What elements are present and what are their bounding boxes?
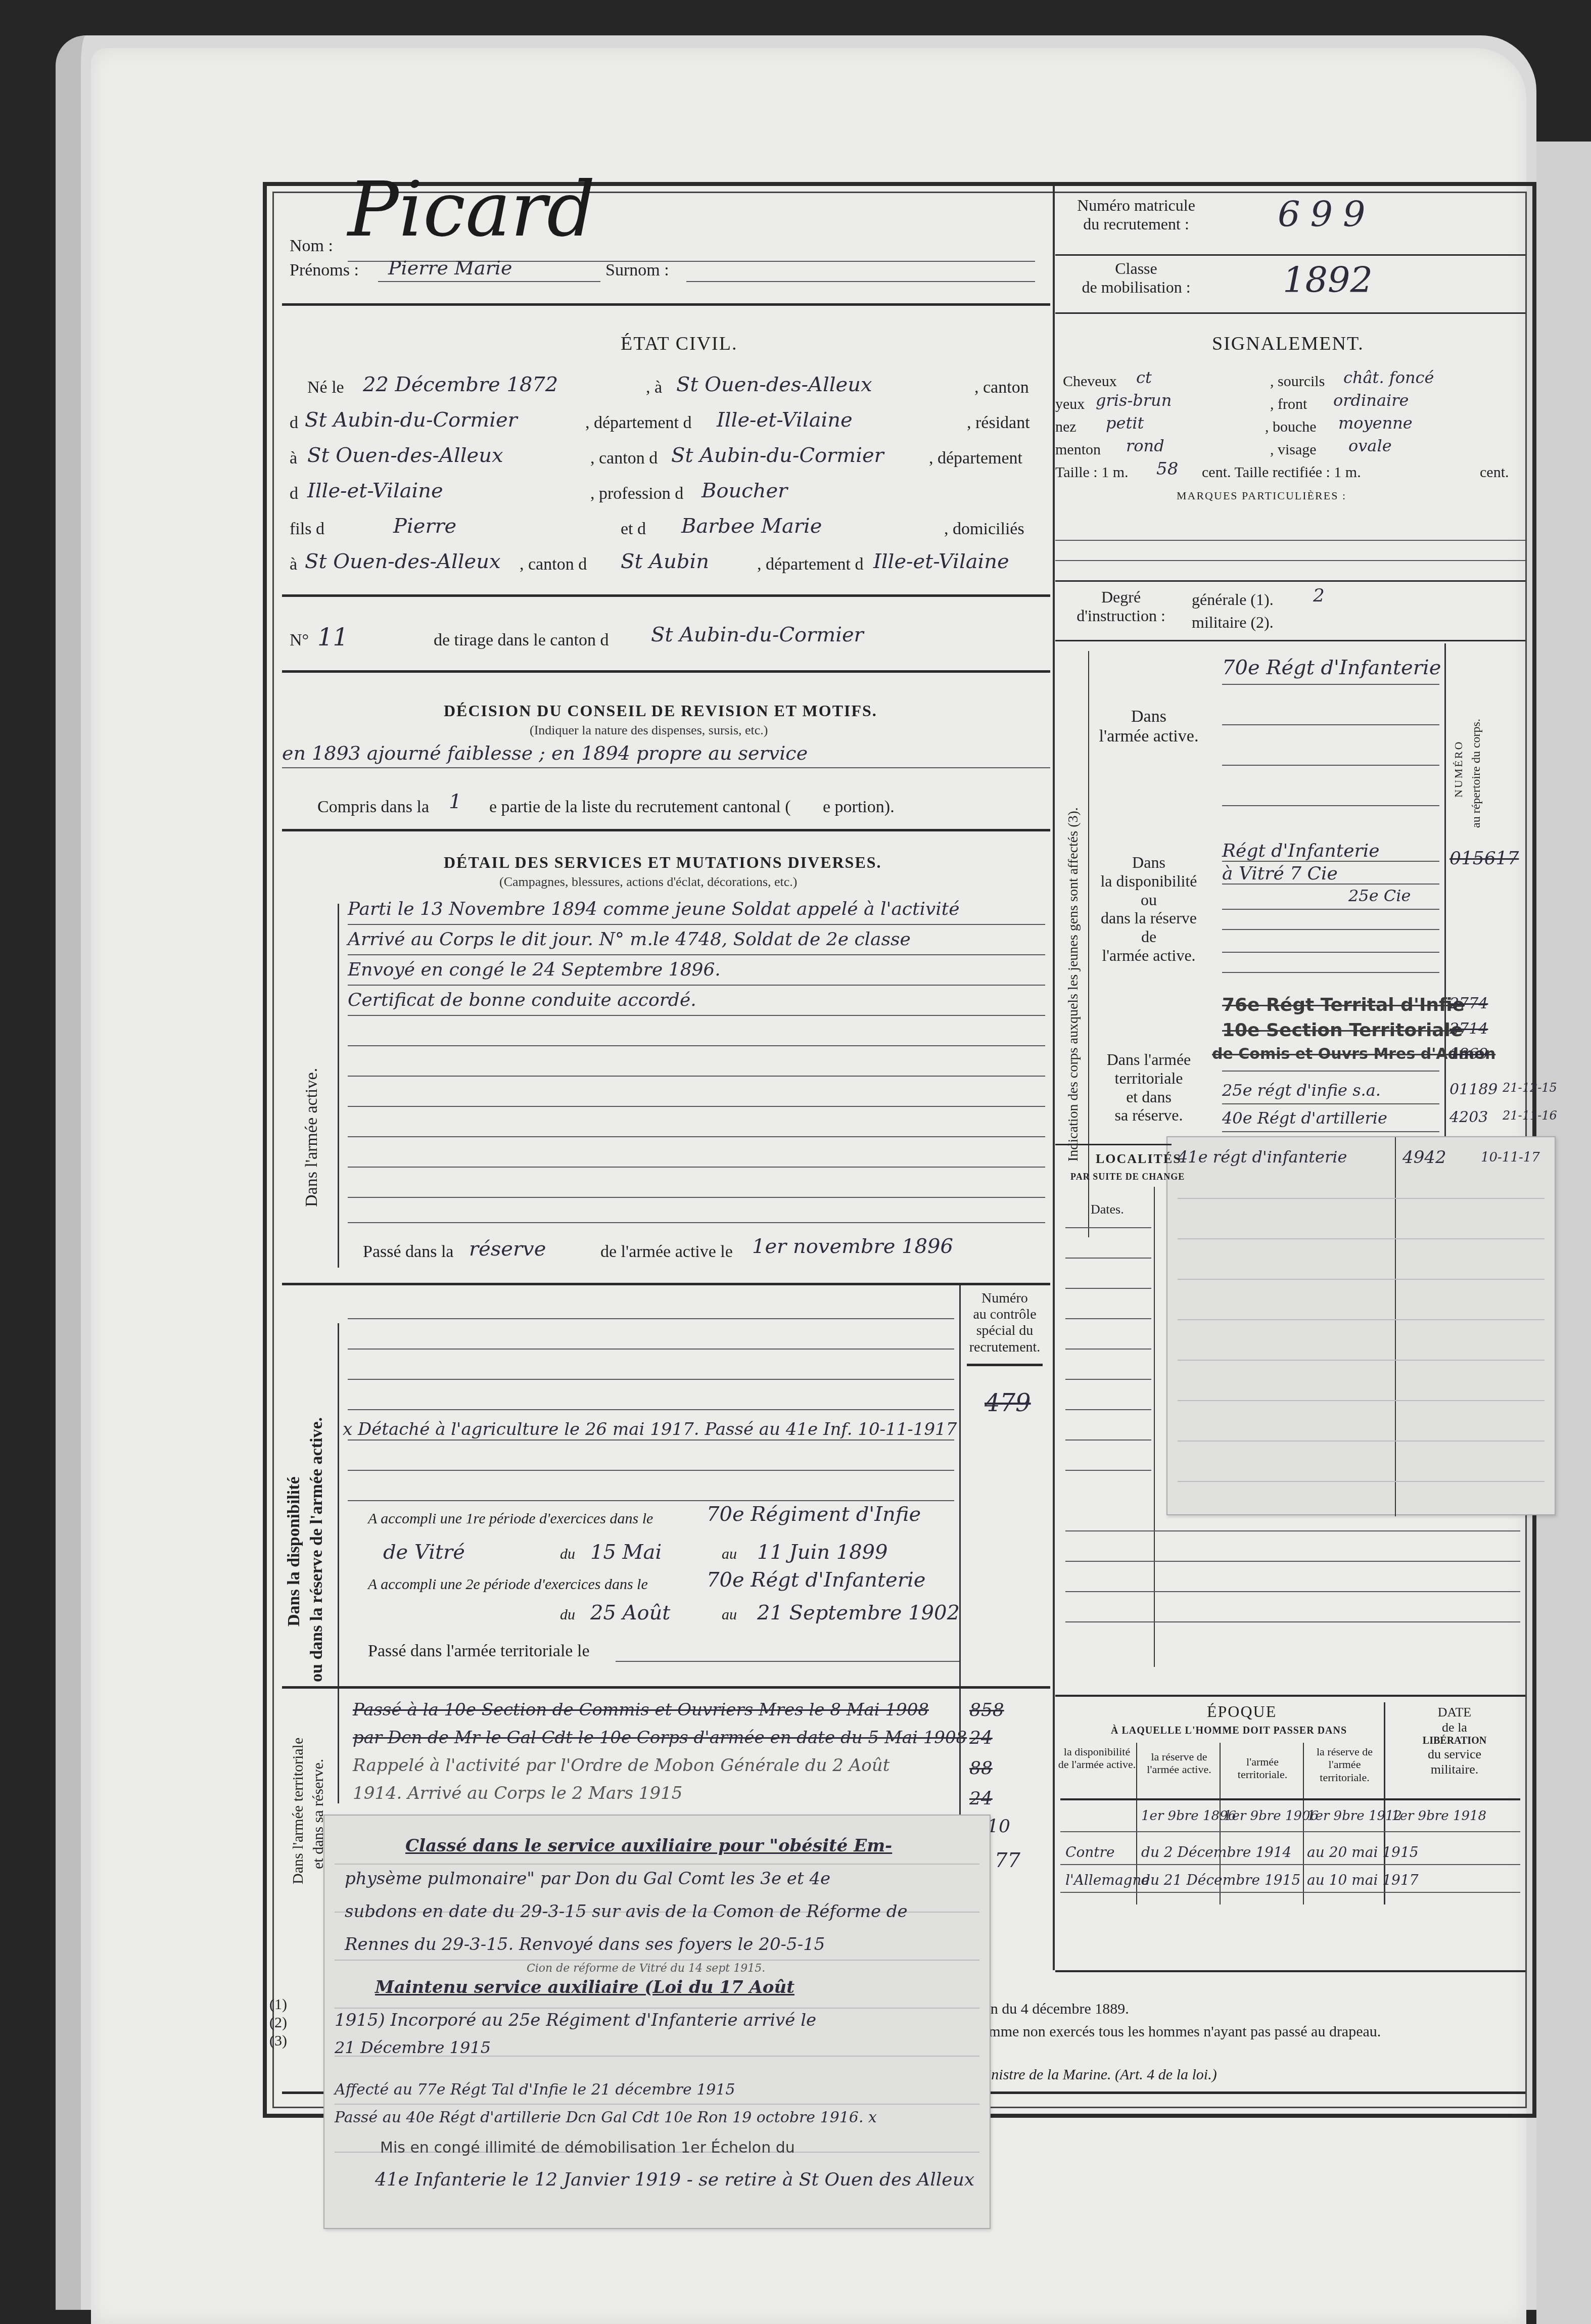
departement2-value: Ille-et-Vilaine <box>307 479 443 502</box>
signalement-title: SIGNALEMENT. <box>1212 333 1364 355</box>
divider <box>282 829 1050 831</box>
prenoms-value: Pierre Marie <box>388 257 512 279</box>
corps-terr-label: Dans l'armée territoriale et dans sa rés… <box>1091 1050 1207 1125</box>
rule <box>1222 765 1439 766</box>
slip-annotation: Cion de réforme de Vitré du 14 sept 1915… <box>527 1962 765 1975</box>
compris-label-3: e portion). <box>823 798 895 817</box>
epoque-col-divider <box>1303 1743 1304 1904</box>
epoque-cell: 1er 9bre 1896 <box>1141 1808 1236 1824</box>
footnote-1: tion du 4 décembre 1889. <box>974 2001 1129 2018</box>
passe-label: Passé dans la <box>363 1242 453 1262</box>
footnote-markers: (1) (2) (3) <box>269 1995 287 2050</box>
slip-line: Rennes du 29-3-15. Renvoyé dans ses foye… <box>345 1934 825 1955</box>
corps-dispo-label: Dans la disponibilité ou dans la réserve… <box>1091 853 1207 965</box>
departement-label: , département d <box>585 413 692 433</box>
margin-number: 24 <box>969 1728 993 1748</box>
ne-le-label: Né le <box>307 378 344 397</box>
classe-label: Classe de mobilisation : <box>1060 259 1212 297</box>
epoque-title: ÉPOQUE <box>1207 1702 1277 1721</box>
canton3-value: St Aubin <box>621 550 709 573</box>
dept3-label: , département d <box>757 555 864 574</box>
numero-header-line: spécial du <box>964 1323 1045 1339</box>
cheveux-label: Cheveux <box>1063 373 1117 390</box>
a3-label: à <box>290 555 297 574</box>
localites-divider <box>1154 1187 1155 1667</box>
nez-label: nez <box>1055 419 1077 436</box>
matricule-value: 699 <box>1278 194 1376 235</box>
corps-entry-date: 10-11-17 <box>1481 1150 1540 1165</box>
residant-label: , résidant <box>967 413 1030 433</box>
rule <box>1060 1864 1520 1865</box>
tirage-canton-value: St Aubin-du-Cormier <box>651 623 864 646</box>
corps-active-label-line: l'armée active. <box>1091 726 1207 746</box>
profession-label: , profession d <box>590 484 683 503</box>
au-label: au <box>722 1546 737 1563</box>
margin-number: 858 <box>969 1700 1004 1721</box>
territoriale-bracket <box>338 1712 339 1803</box>
disponibilite-side-label-2: ou dans la réserve de l'armée active. <box>307 1417 326 1682</box>
instruction-label-line: d'instruction : <box>1065 607 1177 625</box>
slip-line: Affecté au 77e Régt Tal d'Infie le 21 dé… <box>335 2081 735 2099</box>
rule <box>1065 1409 1151 1410</box>
au2-label: au <box>722 1606 737 1623</box>
divider <box>1055 580 1525 582</box>
matricule-label-line: Numéro matricule <box>1060 196 1212 215</box>
rule <box>1222 1071 1439 1072</box>
rule <box>348 1106 1045 1107</box>
epoque-cell: 1er 9bre 1912 <box>1307 1808 1402 1824</box>
corps-entry-date: 21-12-15 <box>1503 1081 1557 1095</box>
classe-label-line: de mobilisation : <box>1060 278 1212 297</box>
corps-entry-numero: 4942 <box>1402 1147 1446 1168</box>
canton-naissance: St Aubin-du-Cormier <box>305 408 518 432</box>
corps-terr-label-line: et dans <box>1091 1088 1207 1106</box>
rule <box>1065 1470 1151 1471</box>
numero-header-rule <box>967 1364 1043 1366</box>
periode2-label: A accompli une 2e période d'exercices da… <box>368 1576 648 1593</box>
corps-active-label-line: Dans <box>1091 707 1207 726</box>
rule <box>1222 972 1439 973</box>
tirage-no-value: 11 <box>317 623 348 652</box>
disponibilite-side-label-1: Dans la disponibilité <box>285 1476 304 1626</box>
services-subtitle: (Campagnes, blessures, actions d'éclat, … <box>499 874 797 890</box>
rule <box>348 1409 954 1410</box>
corps-terr-numero: 2714 <box>1449 1020 1488 1038</box>
rule <box>1055 560 1525 561</box>
corps-dispo-value-1: Régt d'Infanterie <box>1222 841 1379 861</box>
column-divider <box>1053 186 1055 1970</box>
instruction-label-line: Degré <box>1065 588 1177 607</box>
footnote-marker: (2) <box>269 2014 287 2032</box>
rule <box>348 1197 1045 1198</box>
rule <box>348 985 1045 986</box>
services-side-label: Dans l'armée active. <box>302 1068 321 1207</box>
domicile-value: St Ouen-des-Alleux <box>305 550 500 573</box>
rule <box>1222 1131 1439 1132</box>
taille-rectifiee-label: cent. Taille rectifiée : 1 m. <box>1202 464 1361 481</box>
rule <box>1065 1561 1520 1562</box>
visage-label: , visage <box>1270 441 1317 458</box>
date-header-line: LIBÉRATION <box>1386 1735 1523 1747</box>
services-line: Envoyé en congé le 24 Septembre 1896. <box>348 959 721 980</box>
slip-line: 21 Décembre 1915 <box>335 2038 491 2057</box>
numero-header-line: recrutement. <box>964 1339 1045 1356</box>
nom-label: Nom : <box>290 237 333 256</box>
rule <box>348 1500 954 1501</box>
date-header-line: de la <box>1386 1720 1523 1735</box>
divider <box>282 594 1050 597</box>
footnote-marker: (1) <box>269 1995 287 2014</box>
rule <box>1222 952 1439 953</box>
rule <box>1060 1831 1520 1832</box>
corps-entry-name: 41e régt d'infanterie <box>1178 1147 1347 1167</box>
mere-value: Barbee Marie <box>681 515 822 538</box>
passe-value: réserve <box>469 1237 546 1261</box>
epoque-cell: au 10 mai 1917 <box>1307 1872 1419 1888</box>
territoriale-passe-label: Passé dans l'armée territoriale le <box>368 1642 590 1661</box>
slip-line: Passé au 40e Régt d'artillerie Dcn Gal C… <box>335 2109 877 2126</box>
nez-value: petit <box>1106 413 1144 433</box>
menton-value: rond <box>1126 436 1164 455</box>
corps-dispo-label-line: Dans <box>1091 853 1207 872</box>
epoque-col-territoriale: l'armée territoriale. <box>1222 1755 1303 1781</box>
rule <box>1222 805 1439 806</box>
slip-line: Maintenu service auxiliaire (Loi du 17 A… <box>375 1977 794 1997</box>
taille-rectifiee-cent: cent. <box>1480 464 1509 481</box>
corps-terr-label-line: Dans l'armée <box>1091 1050 1207 1069</box>
rule <box>348 1045 1045 1046</box>
footnote-2: comme non exercés tous les hommes n'ayan… <box>974 2023 1381 2040</box>
corps-terr-stamp-1: 76e Régt Territal d'Infie <box>1222 995 1465 1015</box>
matricule-label: Numéro matricule du recrutement : <box>1060 196 1212 234</box>
services-line: Certificat de bonne conduite accordé. <box>348 990 696 1010</box>
departement-naissance: Ille-et-Vilaine <box>717 408 853 432</box>
corps-numero-header-2: au répertoire du corps. <box>1470 719 1483 828</box>
numero-header-line: au contrôle <box>964 1307 1045 1323</box>
corps-entry-numero: 4203 <box>1449 1108 1488 1126</box>
corps-entry-numero: 01189 <box>1449 1081 1498 1098</box>
slip-line: Classé dans le service auxiliaire pour "… <box>405 1836 892 1856</box>
rule <box>1065 1227 1151 1228</box>
margin-number: 77 <box>995 1849 1020 1872</box>
corps-dispo-numero: 015617 <box>1449 848 1519 869</box>
rule <box>348 1136 1045 1137</box>
du-label: du <box>560 1546 575 1563</box>
rule <box>1222 929 1439 930</box>
prenoms-label: Prénoms : <box>290 261 359 280</box>
rule <box>348 1318 954 1319</box>
rule <box>348 1076 1045 1077</box>
periode2-du: 25 Août <box>590 1601 670 1624</box>
cheveux-value: ct <box>1136 368 1152 387</box>
prenoms-underline <box>378 281 600 282</box>
compris-label-2: e partie de la liste du recrutement cant… <box>489 798 791 817</box>
rule <box>1065 1258 1151 1259</box>
rule <box>1060 1892 1520 1893</box>
rule <box>1055 540 1525 541</box>
taille-value: 58 <box>1156 459 1178 479</box>
rule <box>1222 724 1439 725</box>
divider <box>1055 1695 1525 1697</box>
rule <box>1222 861 1439 862</box>
slip-line: physème pulmonaire" par Don du Gal Comt … <box>345 1869 830 1889</box>
canton2-value: St Aubin-du-Cormier <box>671 444 884 467</box>
slip-line: 1915) Incorporé au 25e Régiment d'Infant… <box>335 2010 816 2030</box>
slip-stamp-line: Mis en congé illimité de démobilisation … <box>380 2139 795 2157</box>
canton2-label: , canton d <box>590 449 658 468</box>
epoque-cell: du 2 Décembre 1914 <box>1141 1844 1291 1861</box>
front-label: , front <box>1270 396 1307 413</box>
divider <box>282 1283 1050 1285</box>
rule <box>348 1222 1045 1223</box>
divider <box>1055 1144 1172 1145</box>
rule <box>1065 1530 1520 1531</box>
corps-terr-numero: 1869 <box>1449 1045 1488 1063</box>
menton-label: menton <box>1055 441 1101 458</box>
epoque-col-dispo: la disponibilité de l'armée active. <box>1058 1745 1136 1771</box>
a2-label: à <box>290 449 297 468</box>
rule <box>348 1015 1045 1016</box>
rule <box>1065 1349 1151 1350</box>
periode1-label: A accompli une 1re période d'exercices d… <box>368 1510 653 1527</box>
nom-value: Picard <box>348 166 595 254</box>
rule <box>1222 884 1439 885</box>
corps-entry-name: 25e régt d'infie s.a. <box>1222 1081 1381 1100</box>
decision-subtitle: (Indiquer la nature des dispenses, sursi… <box>530 723 768 738</box>
corps-terr-label-line: territoriale <box>1091 1069 1207 1088</box>
epoque-cell: du 21 Décembre 1915 <box>1141 1872 1300 1888</box>
fils-label: fils d <box>290 520 324 539</box>
rule <box>1222 909 1439 910</box>
classe-value: 1892 <box>1283 259 1373 301</box>
corps-bracket <box>1088 651 1089 1237</box>
pasted-slip-right: 41e régt d'infanterie 4942 10-11-17 <box>1166 1136 1556 1515</box>
localites-title: LOCALITÉS <box>1096 1151 1182 1167</box>
divider <box>282 670 1050 673</box>
corps-terr-numero: 2774 <box>1449 995 1488 1012</box>
corps-terr-label-line: sa réserve. <box>1091 1106 1207 1125</box>
periode1-corps: 70e Régiment d'Infie <box>707 1503 921 1526</box>
rule <box>1065 1591 1520 1592</box>
date-liberation-header: DATE de la LIBÉRATION du service militai… <box>1386 1705 1523 1777</box>
services-line: Arrivé au Corps le dit jour. N° m.le 474… <box>348 929 911 950</box>
rule <box>1222 684 1439 685</box>
surnom-label: Surnom : <box>605 261 669 280</box>
divider <box>282 303 1050 306</box>
corps-active-label: Dans l'armée active. <box>1091 707 1207 746</box>
surnom-underline <box>686 281 1035 282</box>
divider <box>1055 1970 1525 1972</box>
ne-le-value: 22 Décembre 1872 <box>363 373 558 396</box>
slip-line: 41e Infanterie le 12 Janvier 1919 - se r… <box>375 2169 974 2190</box>
passe-date: 1er novembre 1896 <box>752 1235 953 1258</box>
yeux-label: yeux <box>1055 396 1085 413</box>
corps-numero-header-1: NUMÉRO <box>1452 740 1465 798</box>
corps-active-value: 70e Régt d'Infanterie <box>1222 656 1441 679</box>
profession-value: Boucher <box>701 479 787 502</box>
territoriale-side-label-1: Dans l'armée territoriale <box>290 1738 307 1884</box>
rule <box>1065 1439 1151 1440</box>
tirage-no-label: N° <box>290 631 309 650</box>
services-line: Parti le 13 Novembre 1894 comme jeune So… <box>348 899 960 919</box>
date-header-line: du service <box>1386 1747 1523 1762</box>
sourcils-label: , sourcils <box>1270 373 1325 390</box>
sourcils-value: chât. foncé <box>1343 368 1434 387</box>
epoque-cell: au 20 mai 1915 <box>1307 1844 1419 1861</box>
services-title: DÉTAIL DES SERVICES ET MUTATIONS DIVERSE… <box>444 853 882 872</box>
taille-label: Taille : 1 m. <box>1055 464 1129 481</box>
localites-subtitle: PAR SUITE DE CHANGE <box>1070 1172 1185 1182</box>
numero-header-line: Numéro <box>964 1290 1045 1307</box>
classe-label-line: Classe <box>1060 259 1212 278</box>
epoque-col-reserve-terr: la réserve de l'armée territoriale. <box>1305 1745 1384 1784</box>
instruction-label: Degré d'instruction : <box>1065 588 1177 625</box>
epoque-cell: 1er 9bre 1906 <box>1224 1808 1319 1824</box>
rule <box>1065 1621 1520 1622</box>
rule <box>1065 1379 1151 1380</box>
instruction-militaire-label: militaire (2). <box>1192 613 1274 632</box>
tirage-label: de tirage dans le canton d <box>434 631 609 650</box>
territoriale-line: par Dcn de Mr le Gal Cdt le 10e Corps d'… <box>353 1728 967 1748</box>
periode2-au: 21 Septembre 1902 <box>757 1601 960 1624</box>
visage-value: ovale <box>1348 436 1392 455</box>
margin-number: 24 <box>969 1788 993 1809</box>
d2-label: d <box>290 484 298 503</box>
decision-underline <box>282 767 1050 768</box>
a-label: , à <box>646 378 662 397</box>
rule <box>1222 1103 1439 1104</box>
pere-value: Pierre <box>393 515 456 538</box>
d-label: d <box>290 413 298 433</box>
services-bracket <box>338 904 339 1268</box>
slip-line: subdons en date du 29-3-15 sur avis de l… <box>345 1901 908 1922</box>
epoque-col-reserve-active: la réserve de l'armée active. <box>1139 1750 1220 1776</box>
bouche-value: moyenne <box>1338 413 1413 433</box>
detache-line: x Détaché à l'agriculture le 26 mai 1917… <box>343 1419 957 1439</box>
canton3-label: , canton d <box>520 555 587 574</box>
rule <box>348 1167 1045 1168</box>
canton-label: , canton <box>974 378 1029 397</box>
corps-dispo-label-line: dans la réserve <box>1091 909 1207 927</box>
corps-dispo-label-line: l'armée active. <box>1091 946 1207 965</box>
residence-value: St Ouen-des-Alleux <box>307 444 503 467</box>
etat-civil-title: ÉTAT CIVIL. <box>621 333 737 355</box>
rule <box>1065 1318 1151 1319</box>
slip-divider <box>1395 1137 1396 1516</box>
footnote-3: Ministre de la Marine. (Art. 4 de la loi… <box>974 2066 1217 2083</box>
instruction-generale-value: 2 <box>1313 585 1325 606</box>
divider <box>1055 312 1525 314</box>
dept3-value: Ille-et-Vilaine <box>873 550 1009 573</box>
corps-dispo-label-line: ou <box>1091 891 1207 909</box>
decision-value: en 1893 ajourné faiblesse ; en 1894 prop… <box>282 742 808 764</box>
epoque-header-rule <box>1060 1798 1520 1800</box>
periode2-corps: 70e Régt d'Infanterie <box>707 1568 925 1592</box>
departement2-label: , département <box>929 449 1022 468</box>
epoque-cell: Contre <box>1065 1844 1115 1861</box>
pasted-slip-bottom: Classé dans le service auxiliaire pour "… <box>323 1815 991 2229</box>
epoque-subtitle: À LAQUELLE L'HOMME DOIT PASSER DANS <box>1111 1725 1347 1737</box>
periode1-du: 15 Mai <box>590 1541 662 1564</box>
et-de-label: et d <box>621 520 646 539</box>
matricule-label-line: du recrutement : <box>1060 215 1212 234</box>
divider <box>1055 640 1525 641</box>
divider <box>1055 254 1525 256</box>
rule <box>1065 1288 1151 1289</box>
corps-entry-name: 40e Régt d'artillerie <box>1222 1108 1387 1128</box>
rule <box>348 1439 954 1440</box>
localites-dates-header: Dates. <box>1091 1202 1124 1217</box>
du2-label: du <box>560 1606 575 1623</box>
date-header-line: militaire. <box>1386 1762 1523 1777</box>
domicilies-label: , domiciliés <box>944 520 1024 539</box>
decision-title: DÉCISION DU CONSEIL DE REVISION ET MOTIF… <box>444 702 877 720</box>
compris-value: 1 <box>449 790 461 813</box>
rule <box>348 924 1045 925</box>
marques-label: MARQUES PARTICULIÈRES : <box>1177 489 1346 502</box>
periode1-au: 11 Juin 1899 <box>757 1541 887 1564</box>
rule <box>348 1379 954 1380</box>
rule <box>348 1349 954 1350</box>
rule <box>348 1470 954 1471</box>
passe-label-2: de l'armée active le <box>600 1242 733 1262</box>
corps-dispo-value-3: 25e Cie <box>1348 886 1411 905</box>
date-header-line: DATE <box>1386 1705 1523 1720</box>
periode1-lieu: de Vitré <box>383 1541 465 1564</box>
corps-dispo-value-2: à Vitré 7 Cie <box>1222 863 1338 884</box>
front-value: ordinaire <box>1333 391 1409 410</box>
territoriale-line: Rappelé à l'activité par l'Ordre de Mobo… <box>353 1755 890 1776</box>
numero-controle-value: 479 <box>985 1389 1031 1417</box>
divider <box>282 1686 1050 1689</box>
rule <box>616 1661 959 1662</box>
corps-side-label: Indication des corps auxquels les jeunes… <box>1065 807 1082 1161</box>
margin-number: 88 <box>969 1758 993 1779</box>
compris-label-1: Compris dans la <box>317 798 429 817</box>
territoriale-line: 1914. Arrivé au Corps le 2 Mars 1915 <box>353 1783 682 1803</box>
bouche-label: , bouche <box>1265 419 1317 436</box>
rule <box>348 954 1045 955</box>
numero-controle-header: Numéro au contrôle spécial du recrutemen… <box>964 1290 1045 1356</box>
epoque-cell: 1er 9bre 1918 <box>1391 1808 1486 1824</box>
epoque-cell: l'Allemagne <box>1065 1872 1150 1888</box>
territoriale-line: Passé à la 10e Section de Commis et Ouvr… <box>353 1700 929 1720</box>
yeux-value: gris-brun <box>1096 391 1172 410</box>
corps-dispo-label-line: de <box>1091 927 1207 946</box>
footnote-marker: (3) <box>269 2032 287 2050</box>
corps-dispo-label-line: la disponibilité <box>1091 872 1207 891</box>
instruction-generale-label: générale (1). <box>1192 590 1274 609</box>
corps-terr-stamp-2: 10e Section Territoriale <box>1222 1020 1463 1041</box>
lieu-naissance: St Ouen-des-Alleux <box>676 373 872 396</box>
corps-entry-date: 21-11-16 <box>1503 1108 1557 1123</box>
